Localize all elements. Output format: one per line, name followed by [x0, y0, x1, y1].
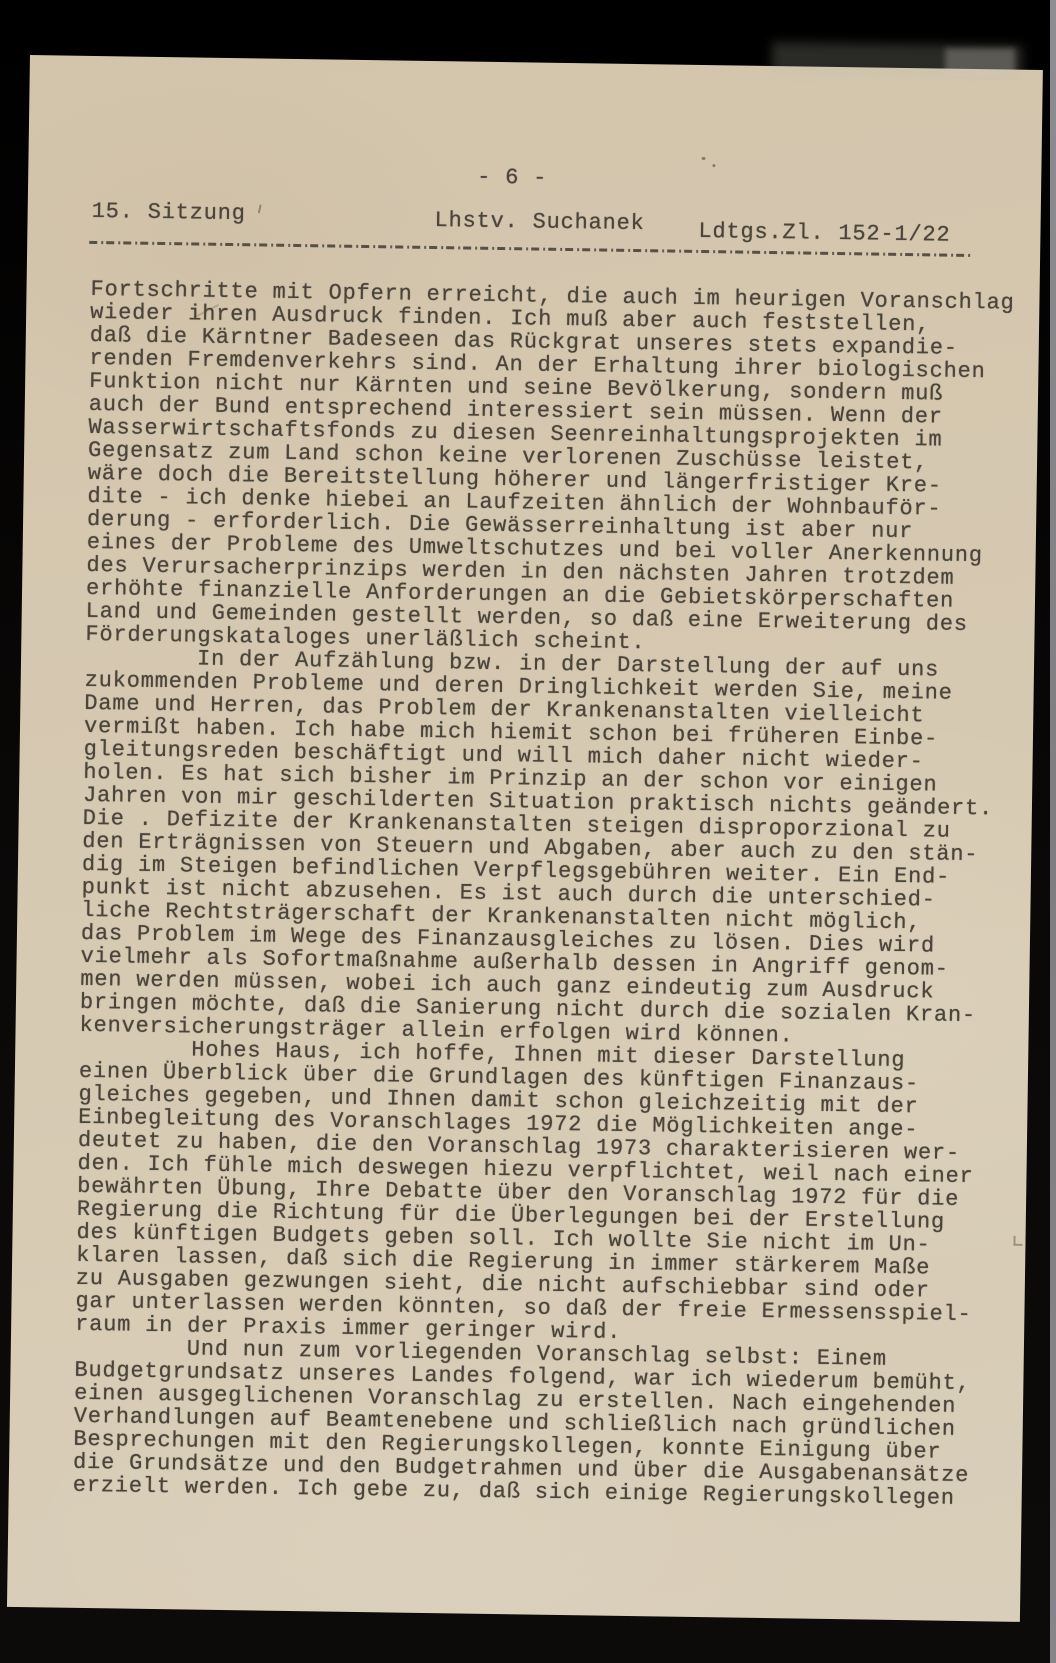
ink-speck [1013, 1236, 1022, 1246]
scanned-page-background: - 6 - 15. Sitzung Lhstv. Suchanek Ldtgs.… [0, 0, 1056, 1663]
scanner-smudge [945, 48, 1015, 76]
document-page: - 6 - 15. Sitzung Lhstv. Suchanek Ldtgs.… [7, 55, 1043, 1622]
page-number: - 6 - [477, 165, 547, 191]
header-speaker-name: Lhstv. Suchanek [434, 208, 644, 236]
ink-speck [258, 204, 262, 213]
scanner-edge-strip [1050, 0, 1056, 1663]
ink-speck [712, 164, 715, 167]
ink-speck [702, 157, 706, 160]
header-session-label: 15. Sitzung [92, 199, 246, 226]
header-reference-number: Ldtgs.Zl. 152-1/22 [698, 219, 950, 248]
body-text: Fortschritte mit Opfern erreicht, die au… [73, 278, 1041, 1511]
